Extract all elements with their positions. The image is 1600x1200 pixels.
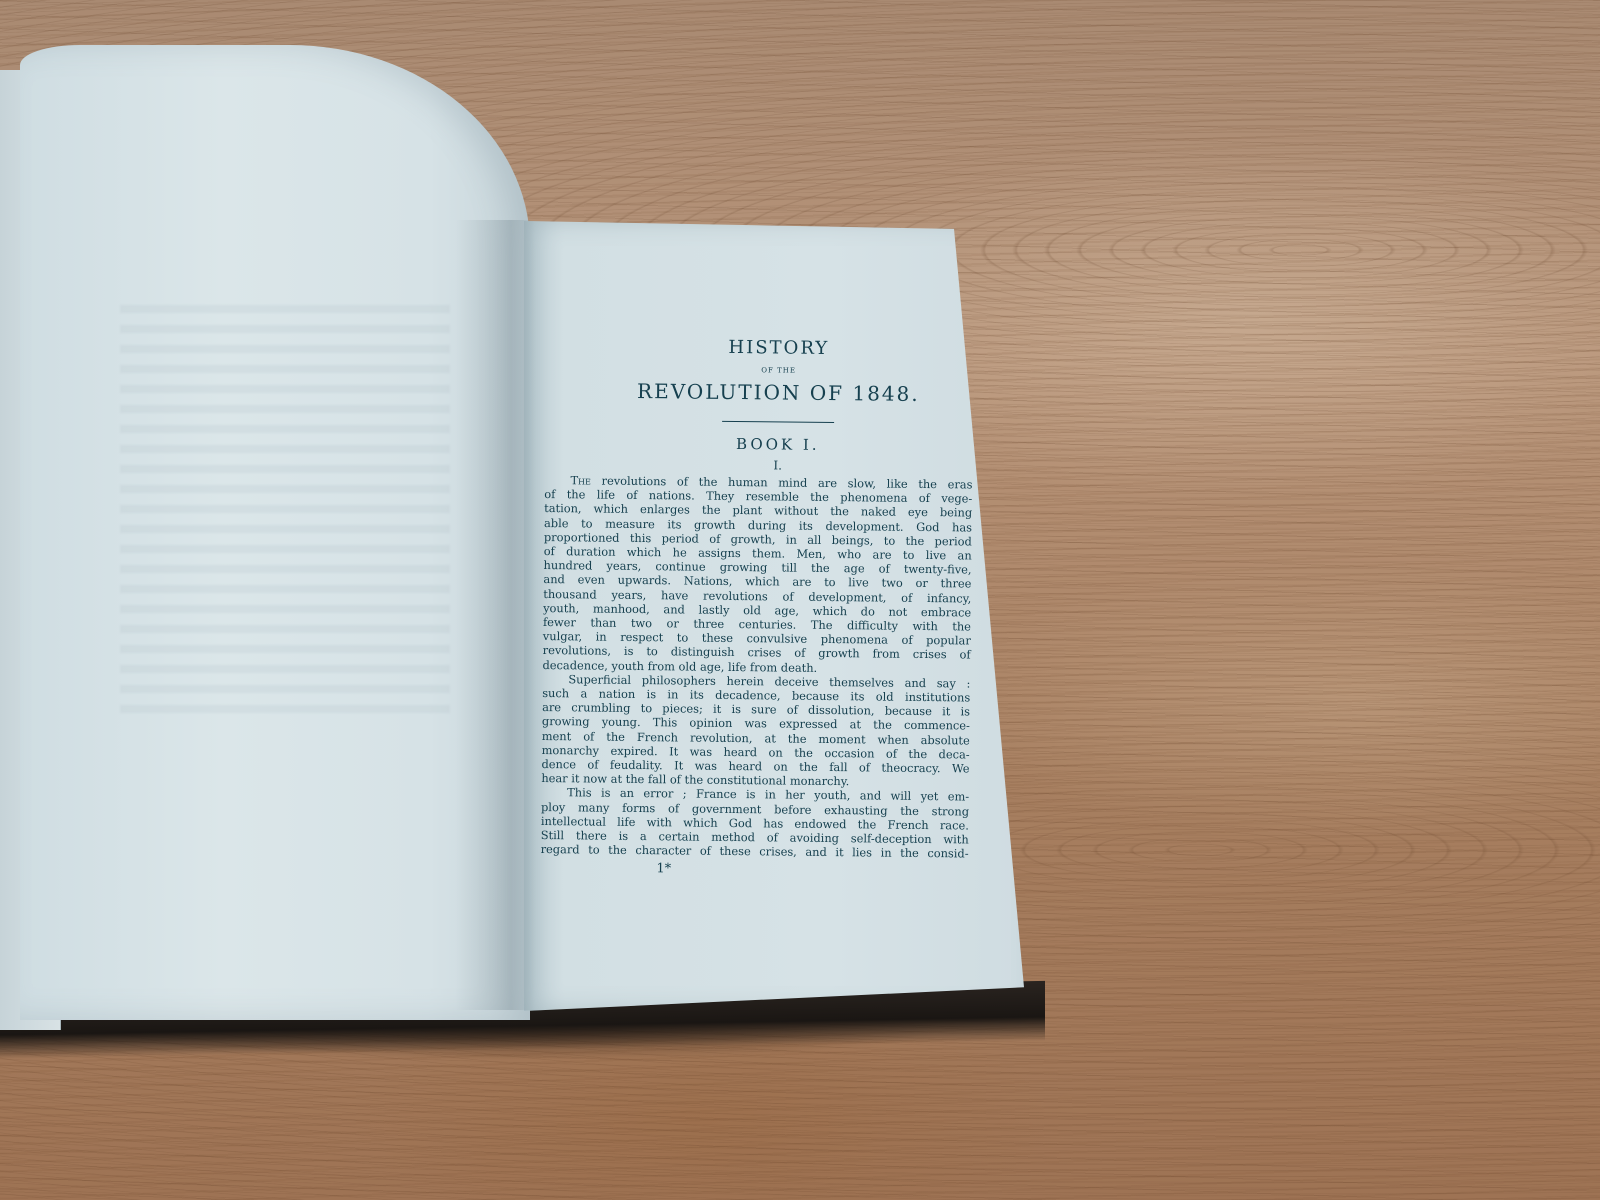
chapter-number: I. bbox=[583, 456, 973, 474]
title-revolution: REVOLUTION OF 1848. bbox=[583, 378, 973, 406]
title-rule bbox=[722, 421, 834, 423]
book-heading: BOOK I. bbox=[583, 433, 973, 455]
body-text: The revolutions of the human mind are sl… bbox=[541, 473, 973, 861]
left-page bbox=[20, 45, 530, 1020]
show-through-text bbox=[120, 305, 450, 725]
drop-word: The bbox=[570, 473, 591, 487]
spine-shadow bbox=[455, 220, 535, 1010]
title-of-the: OF THE bbox=[584, 364, 974, 376]
right-page-content: HISTORY OF THE REVOLUTION OF 1848. BOOK … bbox=[538, 335, 974, 880]
title-history: HISTORY bbox=[584, 335, 974, 360]
